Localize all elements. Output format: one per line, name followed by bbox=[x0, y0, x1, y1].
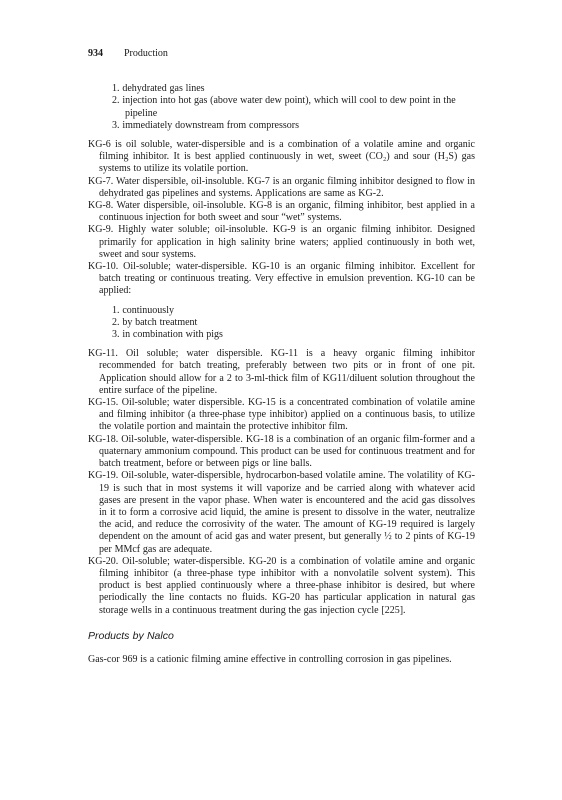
kg-entries-second: KG-11. Oil soluble; water dispersible. K… bbox=[88, 348, 475, 616]
list-item: 1. dehydrated gas lines bbox=[112, 83, 475, 95]
kg-18-paragraph: KG-18. Oil-soluble, water-dispersible. K… bbox=[88, 434, 475, 471]
kg-6-paragraph: KG-6 is oil soluble, water-dispersible a… bbox=[88, 139, 475, 176]
running-head-title: Production bbox=[124, 48, 168, 59]
list-item-text: injection into hot gas (above water dew … bbox=[122, 95, 455, 118]
list-item-number: 3. bbox=[112, 120, 120, 131]
kg-10-application-list: 1. continuously 2. by batch treatment 3.… bbox=[112, 305, 475, 342]
running-head: 934Production bbox=[88, 48, 475, 60]
kg-20-paragraph: KG-20. Oil-soluble; water-dispersible. K… bbox=[88, 556, 475, 617]
injection-points-list: 1. dehydrated gas lines 2. injection int… bbox=[112, 83, 475, 132]
list-item-number: 1. bbox=[112, 83, 120, 94]
kg-entries-first: KG-6 is oil soluble, water-dispersible a… bbox=[88, 139, 475, 298]
list-item: 2. by batch treatment bbox=[112, 317, 475, 329]
kg-7-paragraph: KG-7. Water dispersible, oil-insoluble. … bbox=[88, 176, 475, 200]
list-item-text: continuously bbox=[122, 305, 174, 316]
list-item: 3. in combination with pigs bbox=[112, 329, 475, 341]
list-item-text: in combination with pigs bbox=[122, 329, 223, 340]
kg-10-paragraph: KG-10. Oil-soluble; water-dispersible. K… bbox=[88, 261, 475, 298]
kg-11-paragraph: KG-11. Oil soluble; water dispersible. K… bbox=[88, 348, 475, 397]
book-page: 934Production 1. dehydrated gas lines 2.… bbox=[0, 0, 562, 800]
list-item-number: 2. bbox=[112, 317, 120, 328]
list-item: 3. immediately downstream from compresso… bbox=[112, 120, 475, 132]
list-item: 2. injection into hot gas (above water d… bbox=[112, 95, 475, 119]
list-item-text: immediately downstream from compressors bbox=[122, 120, 299, 131]
list-item-text: by batch treatment bbox=[122, 317, 197, 328]
kg-9-paragraph: KG-9. Highly water soluble; oil-insolubl… bbox=[88, 224, 475, 261]
gas-cor-969-paragraph: Gas-cor 969 is a cationic filming amine … bbox=[88, 654, 475, 666]
list-item-number: 2. bbox=[112, 95, 120, 106]
kg-15-paragraph: KG-15. Oil-soluble; water dispersible. K… bbox=[88, 397, 475, 434]
list-item-number: 1. bbox=[112, 305, 120, 316]
page-number: 934 bbox=[88, 48, 103, 59]
page-content: 934Production 1. dehydrated gas lines 2.… bbox=[88, 48, 475, 666]
list-item: 1. continuously bbox=[112, 305, 475, 317]
products-by-nalco-heading: Products by Nalco bbox=[88, 630, 475, 642]
list-item-text: dehydrated gas lines bbox=[122, 83, 204, 94]
kg-19-paragraph: KG-19. Oil-soluble, water-dispersible, h… bbox=[88, 470, 475, 555]
kg-8-paragraph: KG-8. Water dispersible, oil-insoluble. … bbox=[88, 200, 475, 224]
list-item-number: 3. bbox=[112, 329, 120, 340]
